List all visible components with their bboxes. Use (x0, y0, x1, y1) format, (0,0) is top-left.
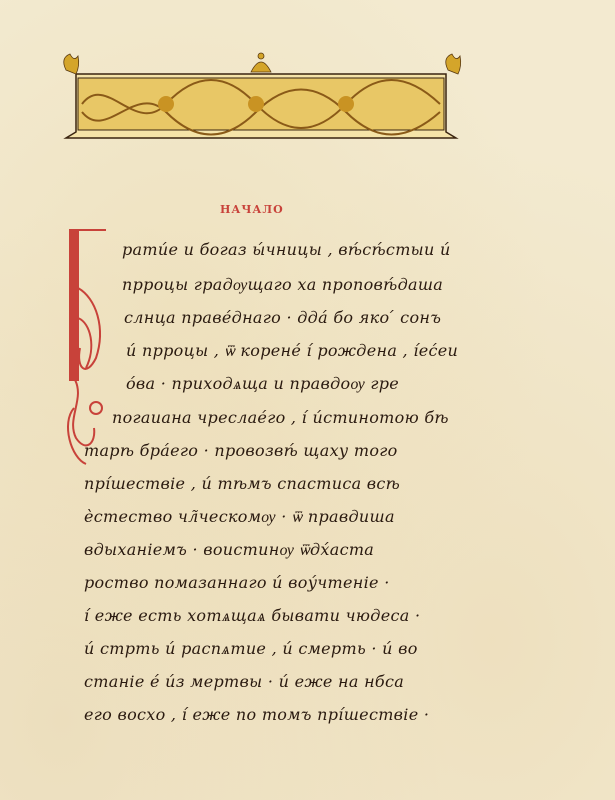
manuscript-line: і́ еже есть хотѧщаѧ бывати чюдеса · (84, 606, 420, 626)
manuscript-line: рати́е и богаз ы́чницы , вѣ́сѣ́стыи и́ (122, 240, 451, 259)
manuscript-line: вдыханіемъ · воистинѹ ѿдх́аста (84, 540, 374, 560)
manuscript-line: погаиана чреслае́го , і́ и́стинотою бѣ (112, 408, 449, 427)
manuscript-line: и́ стрть и́ распѧтие , и́ смерть · и́ во (84, 639, 418, 659)
manuscript-line: и́ прроцы , ѿ корене́ і́ рождена , і́ес́… (126, 341, 458, 361)
manuscript-line: слнца праве́днаго · дда́ бо яко ́ сонъ (124, 308, 441, 327)
manuscript-line: прі́шествіе , и́ тѣмъ спастиса всѣ (84, 474, 400, 493)
manuscript-line: роство помазаннаго и́ воу́чтеніе · (84, 573, 390, 592)
illuminated-initial (66, 228, 116, 468)
manuscript-line: прроцы градѹщаго ха проповѣ́даша (122, 275, 443, 295)
manuscript-line: его восхо , і́ еже по томъ прі́шествіе · (84, 705, 429, 724)
ornamental-headpiece (56, 52, 466, 142)
manuscript-line: о́ва · приходѧща и правдоѹ гре (126, 374, 399, 394)
manuscript-line: станіе е́ и́з мертвы · и́ еже на нбса (84, 672, 404, 691)
rubric-title: НАЧАЛО (220, 203, 284, 216)
manuscript-line: тарѣ бра́его · провозвѣ́ щаху того (84, 441, 398, 460)
manuscript-line: ѐстество чл̃ческомѹ · ѿ правдиша (84, 507, 395, 527)
